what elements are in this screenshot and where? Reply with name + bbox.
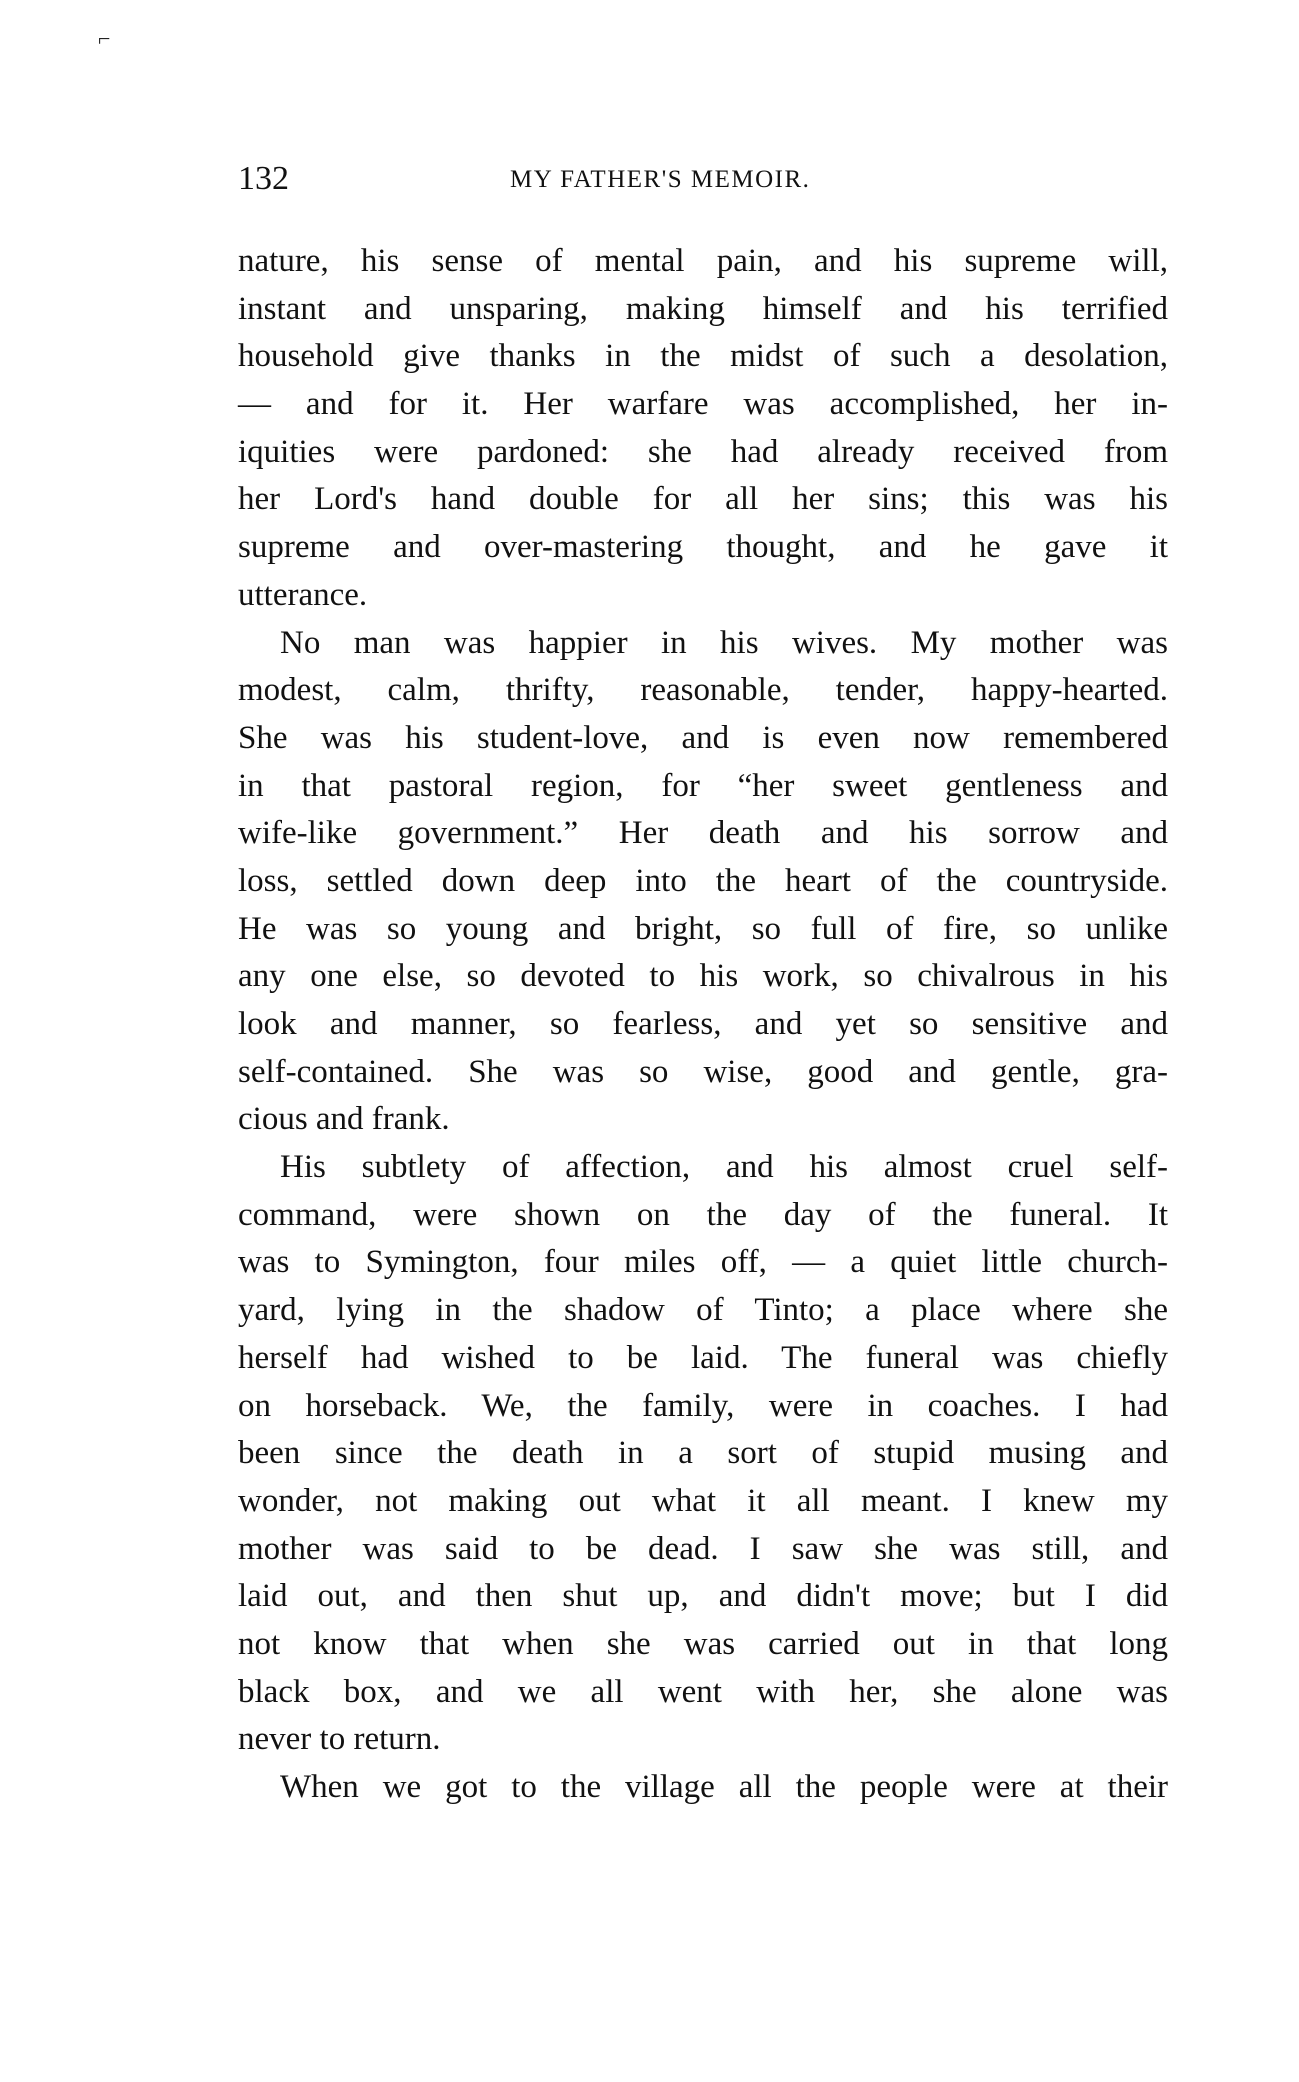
text-line: self-contained. She was so wise, good an…: [238, 1049, 1168, 1097]
text-line: When we got to the village all the peopl…: [238, 1764, 1168, 1812]
text-line: No man was happier in his wives. My moth…: [238, 620, 1168, 668]
text-line: was to Symington, four miles off, — a qu…: [238, 1239, 1168, 1287]
text-line: her Lord's hand double for all her sins;…: [238, 476, 1168, 524]
text-line: wonder, not making out what it all meant…: [238, 1478, 1168, 1526]
text-line: modest, calm, thrifty, reasonable, tende…: [238, 667, 1168, 715]
text-line: instant and unsparing, making himself an…: [238, 286, 1168, 334]
text-line: household give thanks in the midst of su…: [238, 333, 1168, 381]
text-line: cious and frank.: [238, 1096, 1168, 1144]
text-line: in that pastoral region, for “her sweet …: [238, 763, 1168, 811]
text-line: iquities were pardoned: she had already …: [238, 429, 1168, 477]
text-line: loss, settled down deep into the heart o…: [238, 858, 1168, 906]
text-line: nature, his sense of mental pain, and hi…: [238, 238, 1168, 286]
scan-mark: ⌐: [98, 26, 110, 52]
text-line: mother was said to be dead. I saw she wa…: [238, 1526, 1168, 1574]
text-line: — and for it. Her warfare was accomplish…: [238, 381, 1168, 429]
text-line: herself had wished to be laid. The funer…: [238, 1335, 1168, 1383]
text-line: wife-like government.” Her death and his…: [238, 810, 1168, 858]
text-line: on horseback. We, the family, were in co…: [238, 1383, 1168, 1431]
text-line: He was so young and bright, so full of f…: [238, 906, 1168, 954]
text-line: been since the death in a sort of stupid…: [238, 1430, 1168, 1478]
text-line: any one else, so devoted to his work, so…: [238, 953, 1168, 1001]
page-header: 132 MY FATHER'S MEMOIR.: [238, 160, 1168, 204]
text-line: never to return.: [238, 1716, 1168, 1764]
text-line: She was his student-love, and is even no…: [238, 715, 1168, 763]
text-line: His subtlety of affection, and his almos…: [238, 1144, 1168, 1192]
text-line: laid out, and then shut up, and didn't m…: [238, 1573, 1168, 1621]
text-line: utterance.: [238, 572, 1168, 620]
text-line: look and manner, so fearless, and yet so…: [238, 1001, 1168, 1049]
book-page: ⌐ 132 MY FATHER'S MEMOIR. nature, his se…: [0, 0, 1299, 2082]
text-line: black box, and we all went with her, she…: [238, 1669, 1168, 1717]
text-line: command, were shown on the day of the fu…: [238, 1192, 1168, 1240]
text-line: yard, lying in the shadow of Tinto; a pl…: [238, 1287, 1168, 1335]
page-number: 132: [238, 160, 289, 198]
running-title: MY FATHER'S MEMOIR.: [510, 166, 810, 194]
body-text: nature, his sense of mental pain, and hi…: [238, 238, 1168, 1812]
text-line: not know that when she was carried out i…: [238, 1621, 1168, 1669]
text-line: supreme and over-mastering thought, and …: [238, 524, 1168, 572]
